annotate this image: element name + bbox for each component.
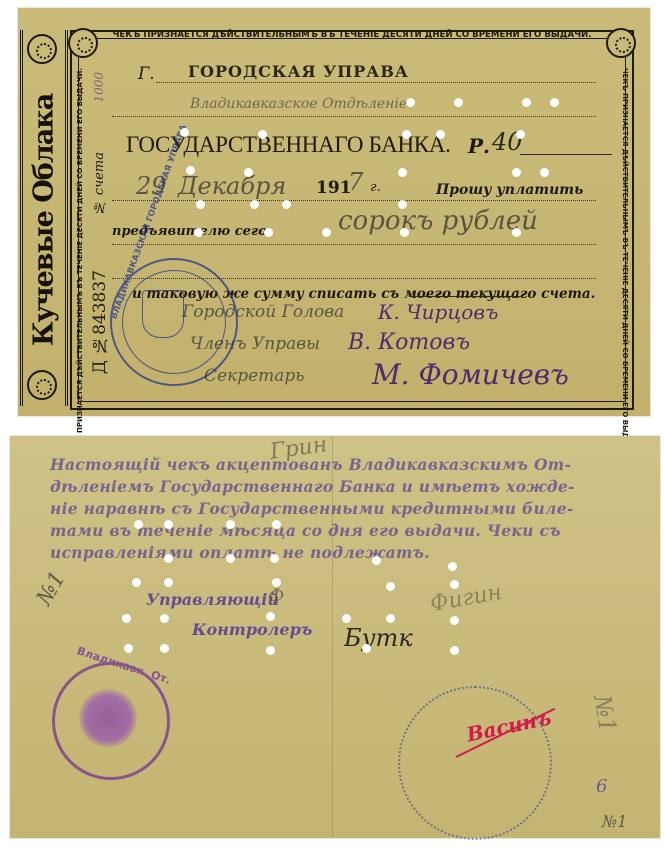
- pencil-note-left: №1: [32, 567, 71, 610]
- manager-signature-faded: Фигин: [428, 580, 503, 617]
- bearer-text: предъявителю сего: [112, 224, 267, 239]
- addressee-prefix: Г.: [138, 64, 155, 84]
- account-value: 1000: [92, 72, 106, 103]
- date-month: Декабря: [178, 172, 286, 200]
- rosette-ornament-icon: [606, 28, 636, 58]
- date-year-digit: 7: [348, 168, 363, 196]
- acceptance-text: Настоящій чекъ акцептованъ Владикавказск…: [50, 454, 610, 564]
- date-suffix: г.: [370, 180, 381, 195]
- rosette-ornament-icon: [27, 34, 57, 64]
- cheque-front: Кучевые Облака ЧЕКЪ ПРИЗНАЕТСЯ ДѢЙСТВИТЕ…: [18, 8, 650, 416]
- validity-band-top: ЧЕКЪ ПРИЗНАЕТСЯ ДѢЙСТВИТЕЛЬНЫМЪ ВЪ ТЕЧЕН…: [102, 30, 602, 40]
- cheque-back: Грин Настоящій чекъ акцептованъ Владикав…: [10, 436, 660, 838]
- date-year-printed: 191: [316, 178, 352, 198]
- controller-label: Контролеръ: [192, 620, 312, 639]
- request-text: Прошу уплатить: [436, 182, 583, 198]
- rosette-ornament-icon: [27, 370, 57, 400]
- signature-role-secretary: Секретарь: [204, 366, 305, 386]
- validity-band-right: ЧЕКЪ ПРИЗНАЕТСЯ ДѢЙСТВИТЕЛЬНЫМЪ ВЪ ТЕЧЕН…: [621, 68, 629, 458]
- account-label: № счета: [92, 152, 107, 214]
- validity-band-left: ЧЕКЪ ПРИЗНАЕТСЯ ДѢЙСТВИТЕЛЬНЫМЪ ВЪ ТЕЧЕН…: [76, 68, 84, 458]
- manager-signature: Ф: [267, 583, 286, 609]
- stub-title: Кучевые Облака: [27, 70, 61, 370]
- amount-words: сорокъ рублей: [338, 206, 538, 236]
- controller-signature: Бутк: [344, 624, 413, 652]
- branch-handwritten: Владикавказское Отдѣленіе: [190, 96, 407, 112]
- counterfoil-stub: Кучевые Облака: [20, 30, 68, 406]
- pencil-note-right-2: 6: [596, 776, 607, 797]
- rosette-ornament-icon: [68, 28, 98, 58]
- pencil-note-right-3: №1: [602, 812, 627, 831]
- serial-number: Д №843837: [90, 270, 110, 374]
- branch-stamp-violet: Владикавк. От.: [52, 662, 170, 780]
- signature-member: В. Котовъ: [348, 330, 470, 355]
- signature-mayor: К. Чирцовъ: [378, 300, 498, 324]
- pencil-note-right-1: №1: [588, 693, 622, 735]
- signature-secretary: М. Фомичевъ: [372, 358, 569, 391]
- cheque-frame: ЧЕКЪ ПРИЗНАЕТСЯ ДѢЙСТВИТЕЛЬНЫМЪ ВЪ ТЕЧЕН…: [70, 30, 634, 410]
- addressee-stamp: ГОРОДСКАЯ УПРАВА: [188, 62, 409, 81]
- city-council-stamp: ВЛАДИКАВКАЗСКАЯ ГОРОДСКАЯ УПРАВА: [110, 258, 238, 386]
- manager-label: Управляющій: [146, 590, 279, 609]
- amount-prefix: Р.: [468, 134, 490, 158]
